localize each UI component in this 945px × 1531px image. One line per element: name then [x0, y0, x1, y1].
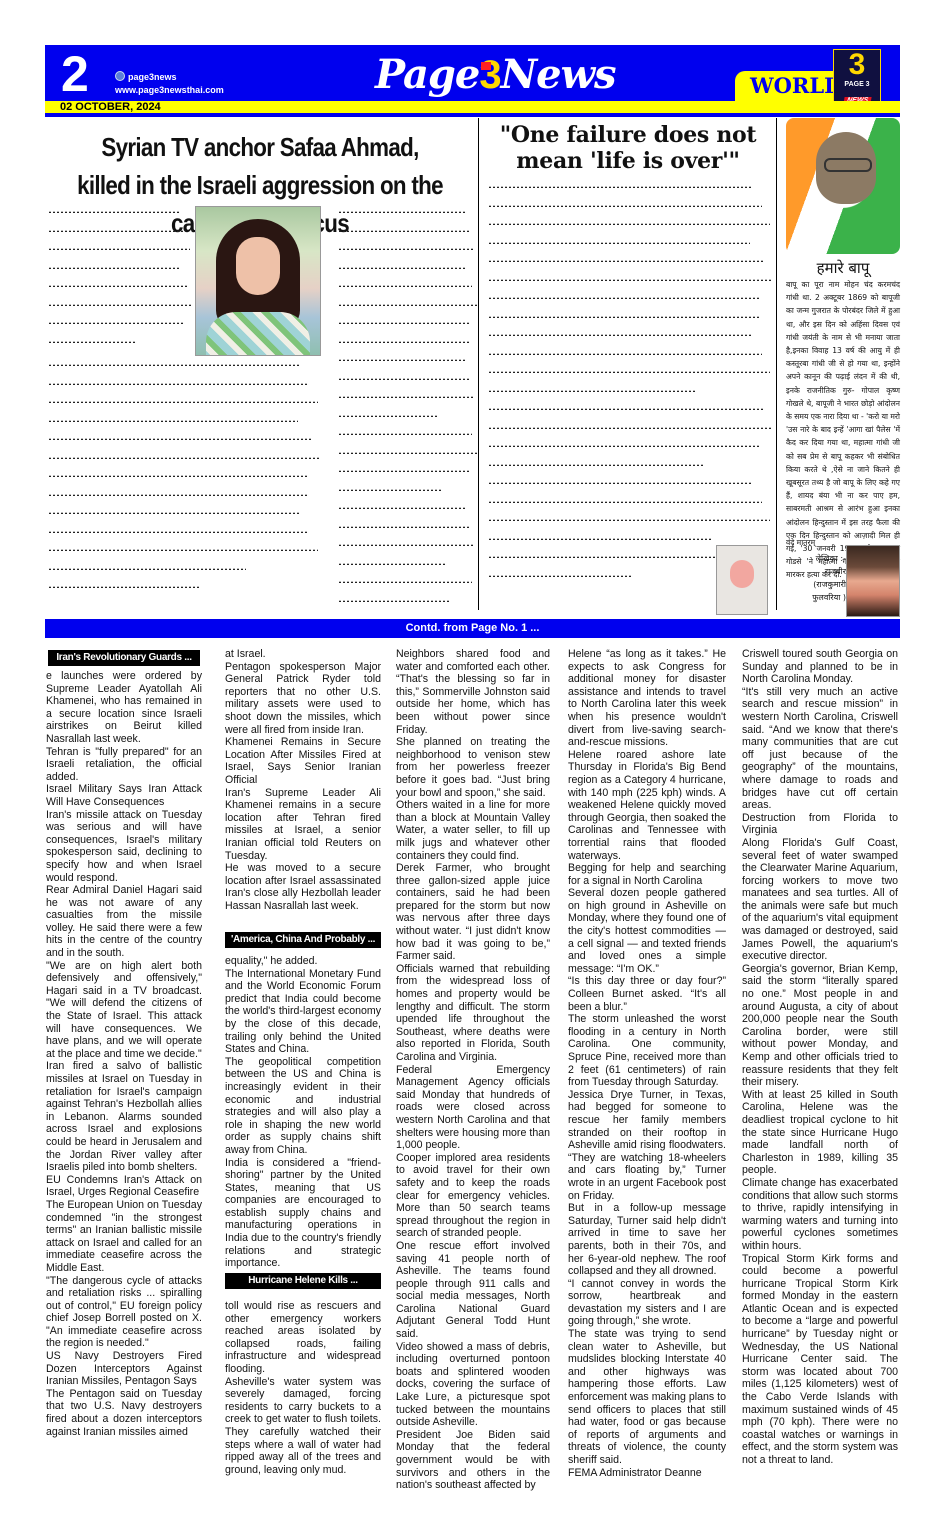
column-rule [478, 118, 479, 610]
column-rule [776, 118, 777, 610]
section-label: WORLD [750, 73, 842, 98]
continued-label-america: 'America, China And Probably ... [225, 932, 381, 948]
bapu-closing: वंदे मातरम् [786, 538, 815, 548]
continued-label-hurricane: Hurricane Helene Kills ... [225, 1273, 381, 1289]
continued-banner: Contd. from Page No. 1 ... [45, 619, 900, 638]
website-link[interactable]: www.page3newsthai.com [115, 84, 224, 97]
lead-body-left-below [48, 364, 323, 605]
page-number: 2 [61, 47, 89, 101]
date-bar [45, 101, 900, 113]
author-photo-hijab [716, 545, 768, 615]
facebook-icon [115, 71, 125, 81]
article-column-2a: at Israel. Pentagon spokesperson Major G… [225, 648, 381, 912]
article-column-2c: toll would rise as rescuers and other em… [225, 1300, 381, 1476]
anchor-photo [195, 206, 321, 356]
masthead: 2 page3news www.page3newsthai.com Page3N… [45, 45, 900, 117]
facebook-link[interactable]: page3news [115, 71, 224, 84]
writer-photo [846, 545, 900, 617]
continued-label-iran: Iran's Revolutionary Guards ... [48, 650, 200, 666]
lead-body-right [338, 211, 478, 618]
article-column-1: e launches were ordered by Supreme Leade… [46, 670, 202, 1438]
masthead-rule [45, 113, 900, 117]
bapu-title: हमारे बापू [786, 258, 900, 278]
gandhi-illustration [786, 118, 900, 254]
article-column-4: Helene “as long as it takes.” He expects… [568, 648, 726, 1479]
article-column-2b: equality," he added. The International M… [225, 955, 381, 1270]
newspaper-logo: Page3News [375, 51, 616, 99]
quote-body [488, 186, 776, 593]
lead-body-left [48, 211, 193, 359]
bapu-author: लेखिका :- राजबीर (राजकुमारी फुलवरिया ) [786, 552, 846, 604]
article-column-5: Criswell toured south Georgia on Sunday … [742, 648, 898, 1467]
article-column-3: Neighbors shared food and water and comf… [396, 648, 550, 1492]
quote-headline: "One failure does not mean 'life is over… [478, 122, 778, 174]
bapu-body: बापू का पूरा नाम मोहन चंद करमचंद गांधी थ… [786, 278, 900, 582]
social-links: page3news www.page3newsthai.com [115, 71, 224, 97]
